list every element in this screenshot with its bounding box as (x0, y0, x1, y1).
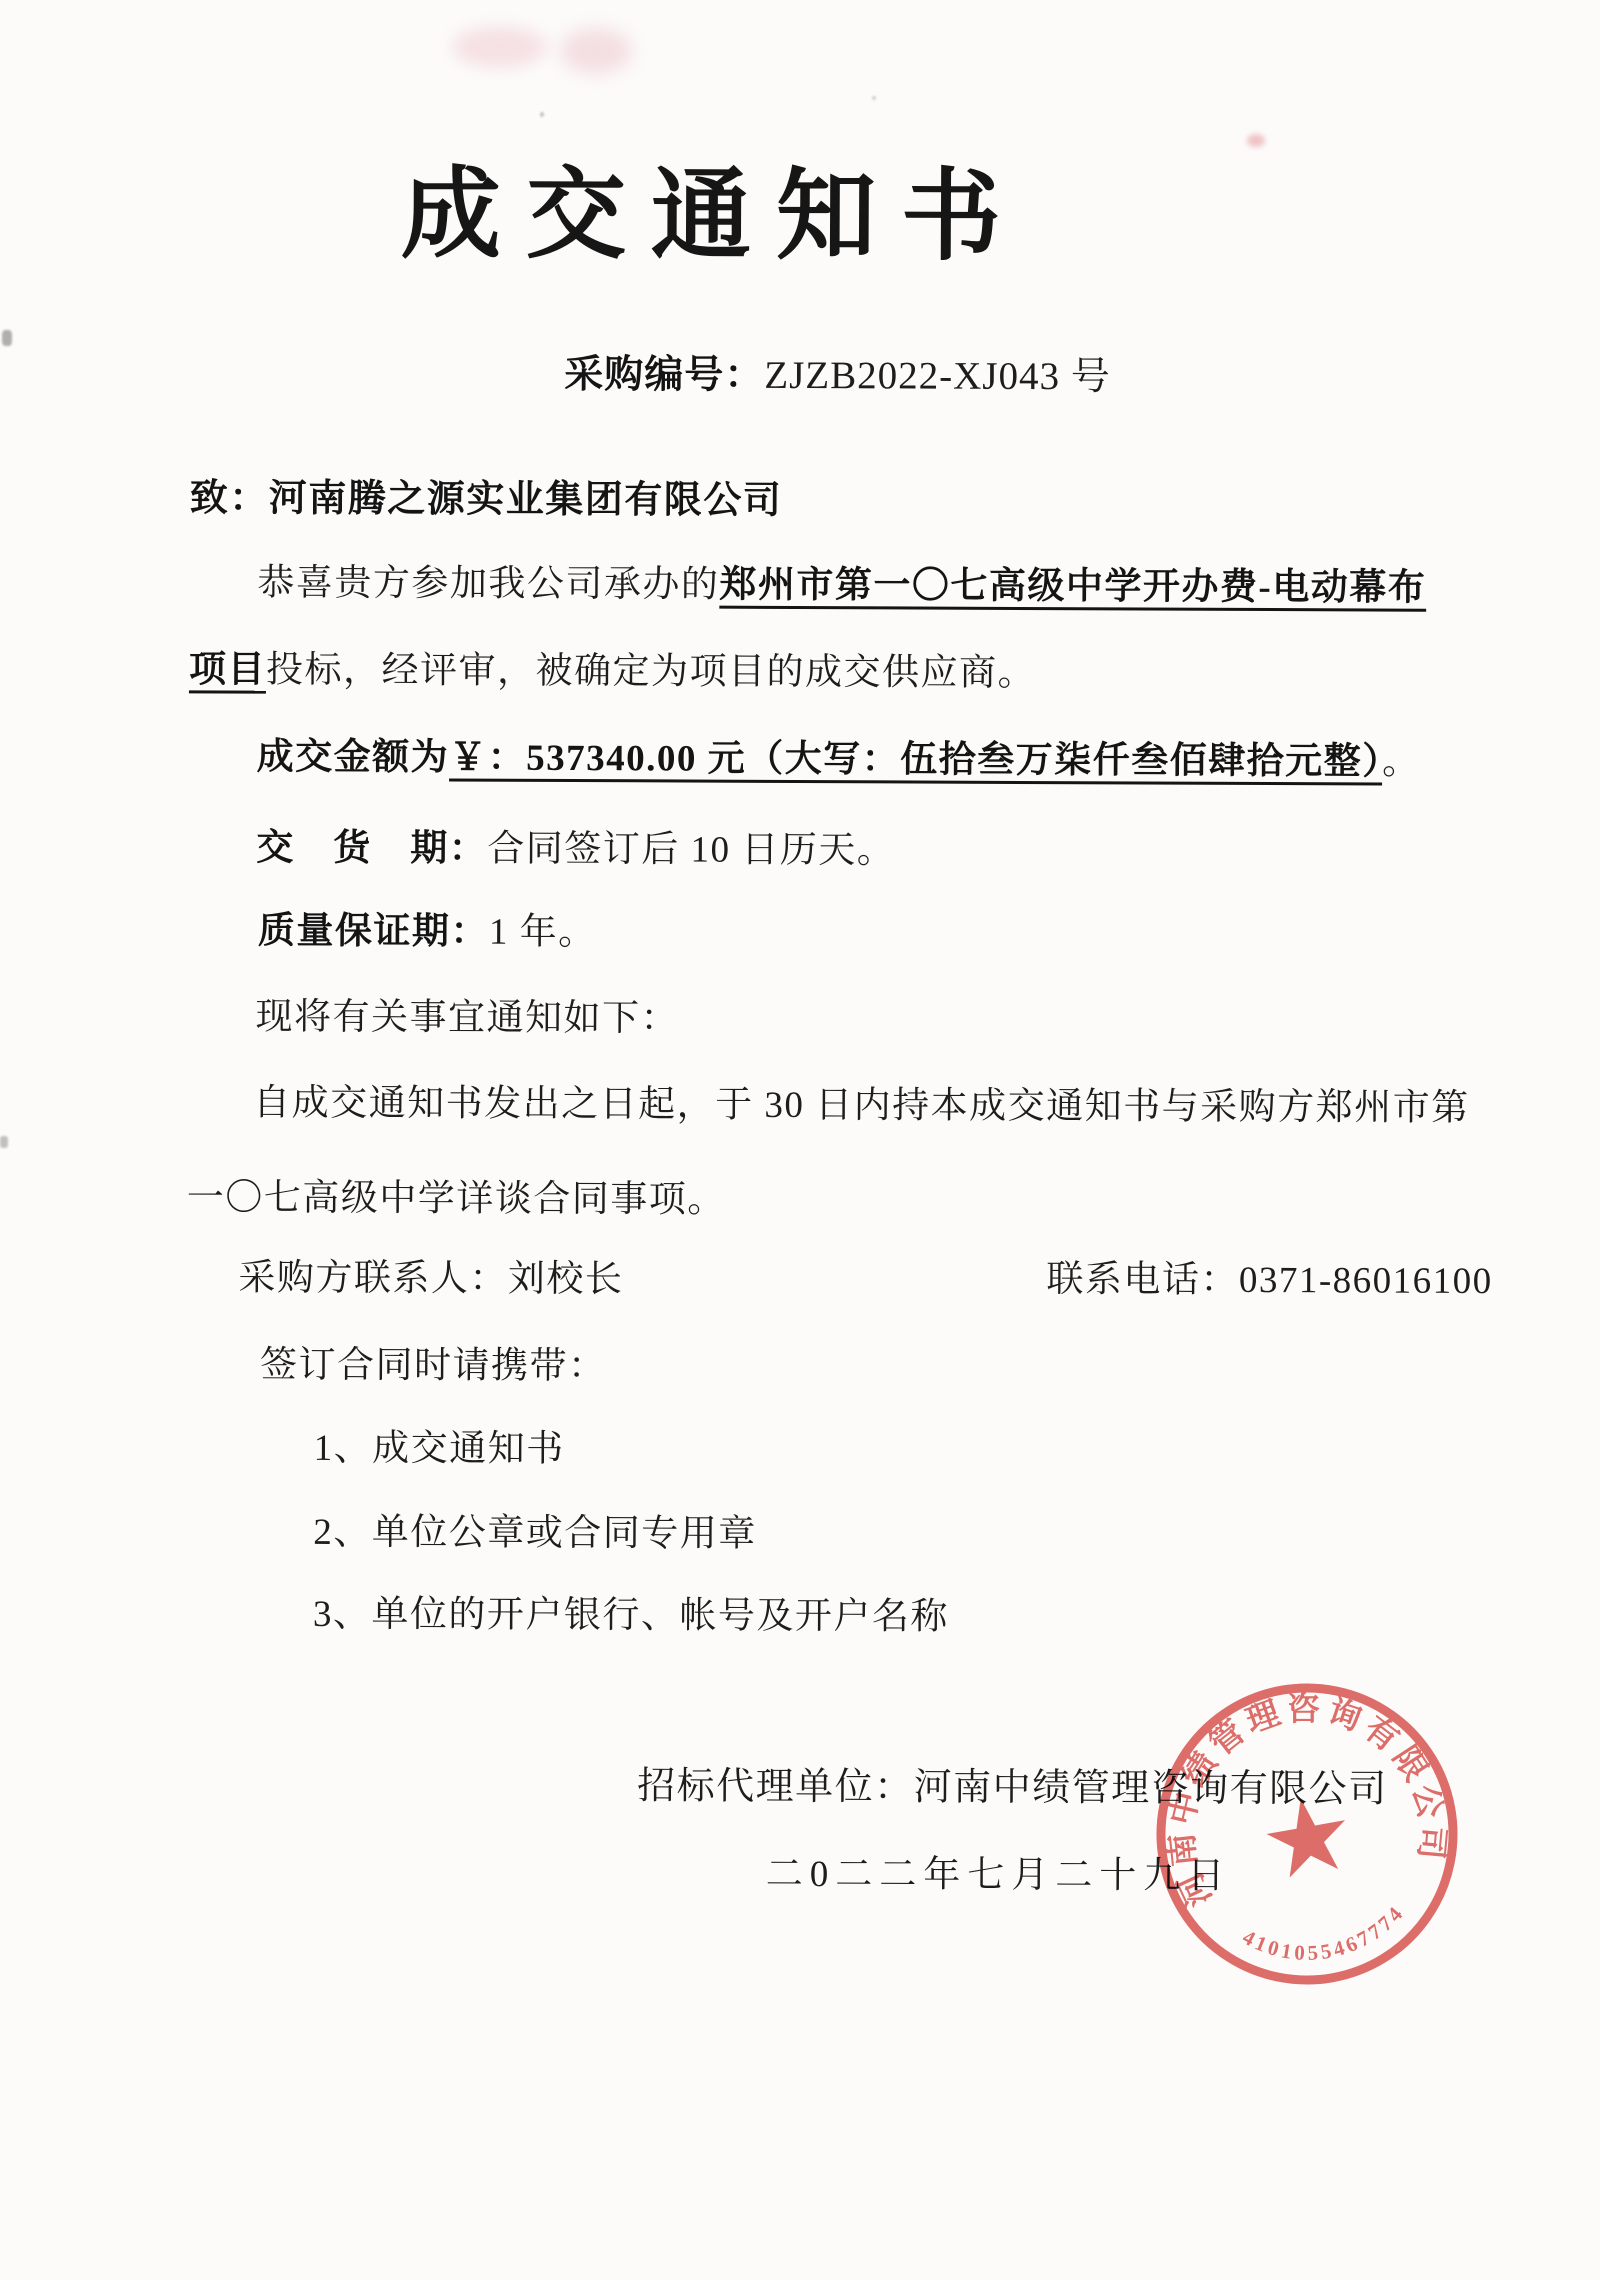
delivery-term-line: 交 货 期：合同签订后 10 日历天。 (256, 826, 895, 875)
seal-star-icon (1261, 1792, 1353, 1881)
purchaser-contact-line: 采购方联系人：刘校长 (238, 1256, 623, 1304)
recipient-name: 河南腾之源实业集团有限公司 (269, 478, 783, 522)
warranty-label: 质量保证期： (258, 911, 489, 953)
notice-intro-line: 现将有关事宜通知如下： (255, 995, 679, 1043)
document-title: 成交通知书 (401, 160, 1026, 273)
procurement-number-line: 采购编号：ZJZB2022-XJ043 号 (564, 343, 1111, 401)
seal-serial-number: 4101055467774 (1235, 1897, 1415, 1978)
notice-body-line-1: 自成交通知书发出之日起，于 30 日内持本成交通知书与采购方郑州市第 (253, 1081, 1470, 1133)
procurement-number-value: ZJZB2022-XJ043 号 (764, 354, 1111, 399)
phone-number: 0371-86016100 (1239, 1260, 1493, 1302)
contact-name: 刘校长 (508, 1259, 624, 1301)
award-text-prefix: 恭喜贵方参加我公司承办的 (257, 563, 719, 606)
contact-phone-line: 联系电话：0371-86016100 (1046, 1257, 1493, 1305)
project-name-part-1: 郑州市第一〇七高级中学开办费-电动幕布 (719, 565, 1426, 609)
notice-body-line-2: 一〇七高级中学详谈合同事项。 (187, 1175, 726, 1224)
seal-company-name: 河南中绩管理咨询有限公司 (1145, 1672, 1458, 1914)
delivery-value: 合同签订后 10 日历天。 (487, 829, 895, 872)
delivery-label: 交 货 期： (256, 828, 487, 870)
amount-label: 成交金额为 (257, 737, 450, 779)
bring-intro-line: 签订合同时请携带： (260, 1343, 607, 1391)
award-text-rest: 投标，经评审，被确定为项目的成交供应商。 (266, 650, 1036, 694)
svg-text:河南中绩管理咨询有限公司: 河南中绩管理咨询有限公司 (1145, 1672, 1458, 1914)
phone-label: 联系电话： (1046, 1259, 1239, 1301)
agency-label: 招标代理单位： (637, 1765, 914, 1808)
amount-value: ￥：537340.00 元（大写：伍拾叁万柒仟叁佰肆拾元整） (449, 737, 1382, 782)
award-amount-line: 成交金额为￥：537340.00 元（大写：伍拾叁万柒仟叁佰肆拾元整）。 (257, 735, 1421, 786)
warranty-value: 1 年。 (489, 912, 597, 953)
procurement-number-label: 采购编号： (564, 353, 764, 397)
amount-period: 。 (1382, 742, 1421, 783)
project-name-part-2: 项目 (189, 649, 266, 690)
recipient-line: 致：河南腾之源实业集团有限公司 (190, 475, 783, 525)
company-seal-stamp: 河南中绩管理咨询有限公司 4101055467774 (1145, 1672, 1469, 1996)
bring-list-item: 3、单位的开户银行、帐号及开户名称 (313, 1592, 949, 1641)
award-paragraph-line-1: 恭喜贵方参加我公司承办的郑州市第一〇七高级中学开办费-电动幕布 (257, 561, 1426, 612)
contact-label: 采购方联系人： (238, 1258, 508, 1300)
recipient-label: 致： (190, 477, 269, 519)
scanned-document-page: 成交通知书 采购编号：ZJZB2022-XJ043 号 致：河南腾之源实业集团有… (0, 0, 1600, 2280)
award-paragraph-line-2: 项目投标，经评审，被确定为项目的成交供应商。 (189, 647, 1036, 697)
bring-list-item: 1、成交通知书 (314, 1426, 565, 1473)
bring-list-item: 2、单位公章或合同专用章 (313, 1510, 757, 1558)
svg-text:4101055467774: 4101055467774 (1235, 1897, 1415, 1978)
warranty-term-line: 质量保证期：1 年。 (258, 909, 597, 957)
